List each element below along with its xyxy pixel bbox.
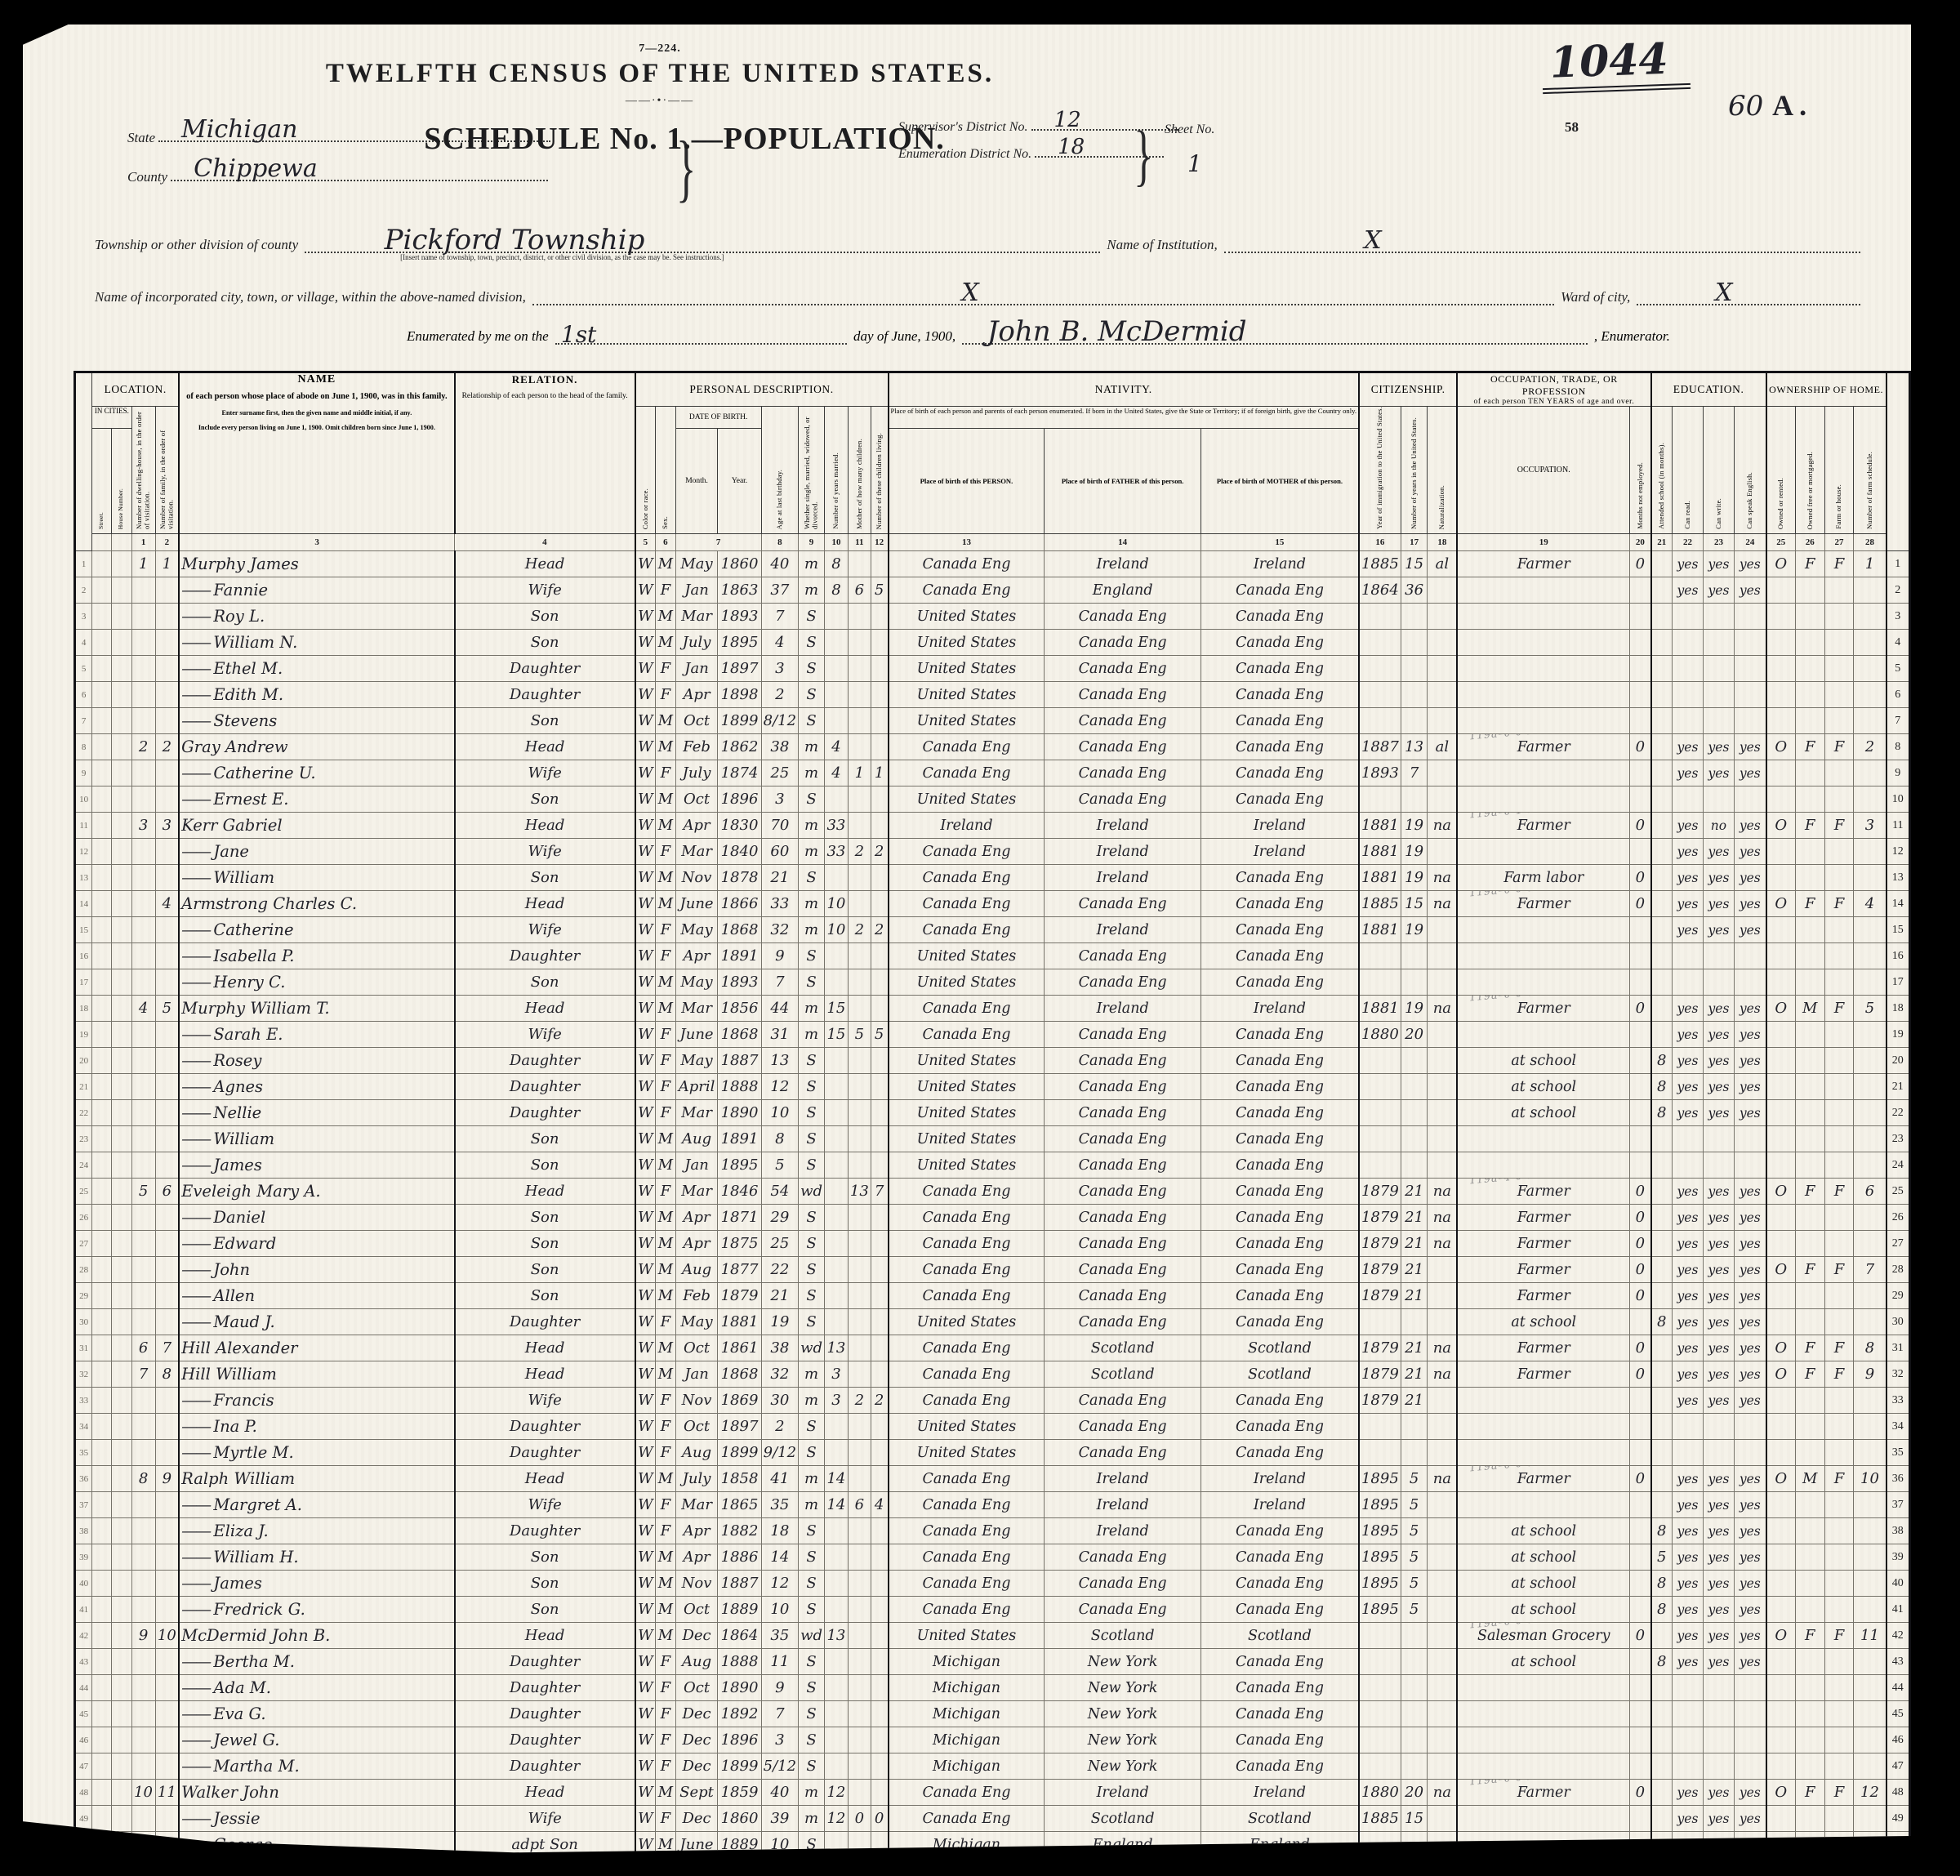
cell-farm-house xyxy=(1824,1571,1854,1597)
cell-immigration-year: 1895 xyxy=(1359,1597,1401,1623)
cell-children-living xyxy=(871,865,888,891)
cell-can-write: yes xyxy=(1703,734,1734,760)
cell-years-in-us: 19 xyxy=(1401,917,1428,943)
cell-mother-birthplace: Scotland xyxy=(1200,1335,1359,1361)
group-name: NAME of each person whose place of abode… xyxy=(179,372,454,534)
cell-birth-year: 1862 xyxy=(718,734,761,760)
column-header-attended-school: Attended school (in months). xyxy=(1651,407,1673,534)
cell-immigration-year: 1881 xyxy=(1359,865,1401,891)
table-row: 50—— Georgeadpt SonWMJune188910SMichigan… xyxy=(75,1832,1910,1859)
cell-can-read: yes xyxy=(1672,1231,1703,1257)
cell-farm-house xyxy=(1824,577,1854,604)
cell-house-number xyxy=(111,1597,131,1623)
cell-free-mortgaged xyxy=(1795,839,1824,865)
cell-farm-house xyxy=(1824,865,1854,891)
cell-mother-birthplace: Canada Eng xyxy=(1200,943,1359,969)
cell-father-birthplace: Ireland xyxy=(1045,996,1200,1022)
ditto-dash: —— xyxy=(181,1522,213,1540)
cell-occupation: 119a–4-0-1Farmer xyxy=(1457,1179,1629,1205)
cell-sex: F xyxy=(656,1649,676,1675)
line-number-right: 1 xyxy=(1886,551,1910,577)
cell-occupation: Farmer xyxy=(1457,1361,1629,1388)
cell-birth-month: Oct xyxy=(675,1335,718,1361)
cell-months-not-employed: 0 xyxy=(1630,865,1651,891)
ditto-dash: —— xyxy=(181,1574,213,1593)
cell-color-race: W xyxy=(635,1414,656,1440)
line-number-left: 25 xyxy=(75,1179,92,1205)
cell-years-married xyxy=(825,604,849,630)
stamp-a: A . xyxy=(1772,89,1806,122)
cell-mother-of-children xyxy=(848,786,871,813)
cell-can-write xyxy=(1703,1675,1734,1701)
cell-street xyxy=(92,1675,111,1701)
cell-farm-house xyxy=(1824,839,1854,865)
cell-color-race: W xyxy=(635,1335,656,1361)
cell-can-write: yes xyxy=(1703,1649,1734,1675)
cell-marital-status: m xyxy=(799,839,825,865)
cell-years-married: 3 xyxy=(825,1388,849,1414)
cell-attended-school xyxy=(1651,996,1673,1022)
relation-desc: Relationship of each person to the head … xyxy=(462,391,628,401)
cell-birth-month: Jan xyxy=(675,1361,718,1388)
cell-free-mortgaged xyxy=(1795,1675,1824,1701)
cell-can-read: yes xyxy=(1672,1309,1703,1335)
cell-name: —— Catherine xyxy=(179,917,454,943)
cell-father-birthplace: Canada Eng xyxy=(1045,943,1200,969)
cell-owned-rented xyxy=(1766,1544,1796,1571)
cell-children-living xyxy=(871,1361,888,1388)
cell-can-write: yes xyxy=(1703,1309,1734,1335)
cell-years-in-us xyxy=(1401,682,1428,708)
cell-attended-school: 8 xyxy=(1651,1074,1673,1100)
cell-birth-year: 1863 xyxy=(718,577,761,604)
cell-father-birthplace: Canada Eng xyxy=(1045,1283,1200,1309)
cell-birth-month: Nov xyxy=(675,865,718,891)
cell-marital-status: m xyxy=(799,1388,825,1414)
cell-owned-rented xyxy=(1766,1205,1796,1231)
stamp-page-number: 60 A . xyxy=(1728,88,1806,123)
cell-name: —— Margret A. xyxy=(179,1492,454,1518)
cell-farm-house xyxy=(1824,1231,1854,1257)
cell-birthplace: Canada Eng xyxy=(889,891,1045,917)
cell-farm-schedule xyxy=(1854,682,1886,708)
cell-age: 10 xyxy=(761,1100,798,1126)
ditto-dash: —— xyxy=(181,1391,213,1410)
cell-can-speak-english: yes xyxy=(1734,1649,1766,1675)
cell-street xyxy=(92,1649,111,1675)
cell-family-number xyxy=(155,682,179,708)
line-number-right: 37 xyxy=(1886,1492,1910,1518)
cell-immigration-year: 1895 xyxy=(1359,1492,1401,1518)
cell-months-not-employed: 0 xyxy=(1630,551,1651,577)
cell-house-number xyxy=(111,1414,131,1440)
cell-birthplace: United States xyxy=(889,656,1045,682)
cell-name: Eveleigh Mary A. xyxy=(179,1179,454,1205)
cell-age: 11 xyxy=(761,1649,798,1675)
cell-can-write: yes xyxy=(1703,1257,1734,1283)
cell-farm-house xyxy=(1824,604,1854,630)
cell-mother-of-children xyxy=(848,1257,871,1283)
cell-relation: Son xyxy=(455,708,635,734)
cell-mother-of-children xyxy=(848,1571,871,1597)
cell-attended-school xyxy=(1651,865,1673,891)
cell-birthplace: Michigan xyxy=(889,1649,1045,1675)
cell-birth-year: 1864 xyxy=(718,1623,761,1649)
cell-family-number: 7 xyxy=(155,1335,179,1361)
cell-years-in-us xyxy=(1401,1100,1428,1126)
cell-mother-of-children xyxy=(848,969,871,996)
cell-naturalization xyxy=(1428,1152,1457,1179)
cell-name: —— William N. xyxy=(179,630,454,656)
cell-age: 44 xyxy=(761,996,798,1022)
cell-children-living xyxy=(871,1649,888,1675)
cell-months-not-employed xyxy=(1630,1701,1651,1727)
cell-color-race: W xyxy=(635,1623,656,1649)
cell-can-write: yes xyxy=(1703,1179,1734,1205)
cell-relation: Daughter xyxy=(455,682,635,708)
cell-owned-rented: O xyxy=(1766,1257,1796,1283)
ditto-dash: —— xyxy=(181,1130,213,1148)
cell-birth-year: 1875 xyxy=(718,1231,761,1257)
cell-sex: F xyxy=(656,1048,676,1074)
table-row: 10—— Ernest E.SonWMOct18963SUnited State… xyxy=(75,786,1910,813)
table-row: 3—— Roy L.SonWMMar18937SUnited StatesCan… xyxy=(75,604,1910,630)
cell-family-number: 6 xyxy=(155,1179,179,1205)
cell-relation: Daughter xyxy=(455,1701,635,1727)
cell-years-married xyxy=(825,656,849,682)
cell-house-number xyxy=(111,865,131,891)
line-number-right: 29 xyxy=(1886,1283,1910,1309)
cell-farm-schedule xyxy=(1854,1832,1886,1859)
ward-label: Ward of city, xyxy=(1561,289,1630,305)
cell-marital-status: m xyxy=(799,1806,825,1832)
cell-occupation: at school xyxy=(1457,1074,1629,1100)
cell-years-married xyxy=(825,1440,849,1466)
cell-sex: M xyxy=(656,604,676,630)
cell-free-mortgaged xyxy=(1795,1048,1824,1074)
line-number-left: 29 xyxy=(75,1283,92,1309)
cell-age: 32 xyxy=(761,1361,798,1388)
cell-farm-house: F xyxy=(1824,734,1854,760)
cell-free-mortgaged xyxy=(1795,577,1824,604)
cell-family-number: 4 xyxy=(155,891,179,917)
table-row: 22—— NellieDaughterWFMar189010SUnited St… xyxy=(75,1100,1910,1126)
cell-attended-school xyxy=(1651,917,1673,943)
cell-immigration-year xyxy=(1359,1701,1401,1727)
cell-children-living xyxy=(871,1100,888,1126)
cell-age: 32 xyxy=(761,917,798,943)
cell-can-read xyxy=(1672,1414,1703,1440)
cell-color-race: W xyxy=(635,1205,656,1231)
cell-marital-status: m xyxy=(799,1022,825,1048)
cell-street xyxy=(92,1283,111,1309)
cell-can-write: yes xyxy=(1703,1074,1734,1100)
cell-farm-house xyxy=(1824,1022,1854,1048)
ditto-dash: —— xyxy=(181,1600,213,1619)
cell-family-number: 3 xyxy=(155,813,179,839)
cell-mother-birthplace: Canada Eng xyxy=(1200,577,1359,604)
cell-occupation: at school xyxy=(1457,1048,1629,1074)
cell-can-write: yes xyxy=(1703,1388,1734,1414)
cell-can-write: yes xyxy=(1703,1231,1734,1257)
cell-children-living xyxy=(871,1727,888,1753)
cell-street xyxy=(92,1492,111,1518)
cell-can-speak-english: yes xyxy=(1734,734,1766,760)
cell-dwelling-number xyxy=(131,630,155,656)
line-number-left: 34 xyxy=(75,1414,92,1440)
cell-can-speak-english: yes xyxy=(1734,1335,1766,1361)
cell-birth-year: 1898 xyxy=(718,682,761,708)
cell-farm-schedule: 11 xyxy=(1854,1623,1886,1649)
cell-farm-house xyxy=(1824,1649,1854,1675)
cell-attended-school xyxy=(1651,1388,1673,1414)
cell-naturalization xyxy=(1428,1832,1457,1859)
line-number-right: 2 xyxy=(1886,577,1910,604)
line-number-right: 31 xyxy=(1886,1335,1910,1361)
cell-years-married xyxy=(825,1179,849,1205)
cell-mother-of-children xyxy=(848,1335,871,1361)
cell-owned-rented: O xyxy=(1766,1335,1796,1361)
cell-sex: M xyxy=(656,1126,676,1152)
cell-naturalization xyxy=(1428,786,1457,813)
cell-family-number xyxy=(155,839,179,865)
cell-name: —— Eva G. xyxy=(179,1701,454,1727)
cell-farm-house xyxy=(1824,1048,1854,1074)
table-row: 26—— DanielSonWMApr187129SCanada EngCana… xyxy=(75,1205,1910,1231)
cell-father-birthplace: Canada Eng xyxy=(1045,656,1200,682)
cell-immigration-year xyxy=(1359,1832,1401,1859)
cell-mother-of-children xyxy=(848,1048,871,1074)
cell-age: 38 xyxy=(761,734,798,760)
table-row: 3167Hill AlexanderHeadWMOct186138wd13Can… xyxy=(75,1335,1910,1361)
cell-relation: Son xyxy=(455,1205,635,1231)
cell-farm-schedule xyxy=(1854,708,1886,734)
cell-birth-year: 1860 xyxy=(718,1806,761,1832)
cell-house-number xyxy=(111,734,131,760)
line-number-left: 35 xyxy=(75,1440,92,1466)
cell-relation: Wife xyxy=(455,1806,635,1832)
cell-birthplace: United States xyxy=(889,708,1045,734)
cell-birth-month: Dec xyxy=(675,1701,718,1727)
cell-farm-schedule: 5 xyxy=(1854,996,1886,1022)
cell-immigration-year: 1887 xyxy=(1359,734,1401,760)
enumerator-suffix: , Enumerator. xyxy=(1594,328,1670,345)
cell-family-number: 1 xyxy=(155,551,179,577)
cell-marital-status: wd xyxy=(799,1179,825,1205)
cell-street xyxy=(92,656,111,682)
cell-relation: Daughter xyxy=(455,1727,635,1753)
cell-occupation: Farmer xyxy=(1457,1231,1629,1257)
cell-immigration-year xyxy=(1359,1152,1401,1179)
cell-can-write xyxy=(1703,943,1734,969)
table-row: 42910McDermid John B.HeadWMDec186435wd13… xyxy=(75,1623,1910,1649)
cell-farm-schedule xyxy=(1854,1806,1886,1832)
line-number-right: 41 xyxy=(1886,1597,1910,1623)
cell-years-in-us xyxy=(1401,708,1428,734)
cell-attended-school: 8 xyxy=(1651,1100,1673,1126)
cell-dwelling-number: 8 xyxy=(131,1466,155,1492)
cell-months-not-employed xyxy=(1630,1544,1651,1571)
cell-can-write: yes xyxy=(1703,865,1734,891)
cell-name: —— Myrtle M. xyxy=(179,1440,454,1466)
cell-mother-of-children: 1 xyxy=(848,760,871,786)
cell-relation: Son xyxy=(455,1152,635,1179)
cell-can-read: yes xyxy=(1672,1257,1703,1283)
cell-street xyxy=(92,839,111,865)
line-number-right: 5 xyxy=(1886,656,1910,682)
cell-mother-birthplace: Ireland xyxy=(1200,1466,1359,1492)
cell-mother-birthplace: Canada Eng xyxy=(1200,760,1359,786)
column-header-birthplace-mother: Place of birth of MOTHER of this person. xyxy=(1200,429,1359,534)
cell-relation: Son xyxy=(455,786,635,813)
cell-color-race: W xyxy=(635,917,656,943)
cell-street xyxy=(92,1780,111,1806)
cell-marital-status: S xyxy=(799,786,825,813)
ditto-dash: —— xyxy=(181,1051,213,1070)
line-number-right: 48 xyxy=(1886,1780,1910,1806)
cell-farm-schedule xyxy=(1854,1283,1886,1309)
cell-children-living xyxy=(871,682,888,708)
cell-years-married: 10 xyxy=(825,917,849,943)
cell-birth-year: 1868 xyxy=(718,1022,761,1048)
cell-naturalization: na xyxy=(1428,1335,1457,1361)
cell-owned-rented xyxy=(1766,1727,1796,1753)
cell-birth-month: Oct xyxy=(675,1414,718,1440)
cell-name: —— Edith M. xyxy=(179,682,454,708)
cell-owned-rented xyxy=(1766,577,1796,604)
cell-mother-birthplace: Scotland xyxy=(1200,1806,1359,1832)
cell-months-not-employed xyxy=(1630,1414,1651,1440)
cell-occupation: Farmer xyxy=(1457,1335,1629,1361)
cell-farm-schedule xyxy=(1854,1571,1886,1597)
cell-father-birthplace: Ireland xyxy=(1045,1466,1200,1492)
cell-marital-status: S xyxy=(799,1753,825,1780)
cell-can-write: yes xyxy=(1703,1283,1734,1309)
cell-sex: M xyxy=(656,1205,676,1231)
cell-house-number xyxy=(111,630,131,656)
cell-house-number xyxy=(111,760,131,786)
cell-can-read: yes xyxy=(1672,1649,1703,1675)
cell-relation: Daughter xyxy=(455,656,635,682)
cell-attended-school xyxy=(1651,1335,1673,1361)
cell-dwelling-number: 7 xyxy=(131,1361,155,1388)
cell-occupation xyxy=(1457,1022,1629,1048)
cell-house-number xyxy=(111,1074,131,1100)
cell-farm-schedule xyxy=(1854,1309,1886,1335)
cell-marital-status: S xyxy=(799,1100,825,1126)
cell-house-number xyxy=(111,839,131,865)
cell-dwelling-number xyxy=(131,1048,155,1074)
cell-birthplace: United States xyxy=(889,943,1045,969)
cell-color-race: W xyxy=(635,1832,656,1859)
line-number-left: 1 xyxy=(75,551,92,577)
cell-color-race: W xyxy=(635,1544,656,1571)
cell-occupation: at school xyxy=(1457,1544,1629,1571)
cell-family-number xyxy=(155,708,179,734)
cell-owned-rented xyxy=(1766,656,1796,682)
cell-name: —— Fredrick G. xyxy=(179,1597,454,1623)
cell-mother-of-children: 2 xyxy=(848,917,871,943)
line-number-right: 42 xyxy=(1886,1623,1910,1649)
cell-birthplace: United States xyxy=(889,1126,1045,1152)
cell-naturalization: na xyxy=(1428,865,1457,891)
cell-mother-birthplace: Ireland xyxy=(1200,839,1359,865)
occupation-code-note: 119a–0-0-2 xyxy=(1469,734,1535,742)
cell-house-number xyxy=(111,604,131,630)
cell-naturalization xyxy=(1428,1518,1457,1544)
cell-birth-month: Mar xyxy=(675,996,718,1022)
cell-relation: Daughter xyxy=(455,1440,635,1466)
cell-name: —— Henry C. xyxy=(179,969,454,996)
cell-naturalization: na xyxy=(1428,813,1457,839)
column-header-years-married: Number of years married. xyxy=(825,407,849,534)
cell-free-mortgaged xyxy=(1795,1100,1824,1126)
cell-years-in-us xyxy=(1401,1753,1428,1780)
cell-years-in-us xyxy=(1401,1152,1428,1179)
ditto-dash: —— xyxy=(181,659,213,678)
cell-can-read: yes xyxy=(1672,917,1703,943)
cell-years-married xyxy=(825,943,849,969)
cell-months-not-employed xyxy=(1630,1440,1651,1466)
population-schedule-table: LOCATION. NAME of each person whose plac… xyxy=(73,371,1911,1860)
cell-children-living xyxy=(871,734,888,760)
cell-street xyxy=(92,1388,111,1414)
cell-street xyxy=(92,1361,111,1388)
cell-can-read xyxy=(1672,1126,1703,1152)
cell-can-speak-english: yes xyxy=(1734,1623,1766,1649)
cell-mother-of-children xyxy=(848,1753,871,1780)
cell-occupation xyxy=(1457,1753,1629,1780)
cell-owned-rented xyxy=(1766,1518,1796,1544)
cell-can-read: yes xyxy=(1672,1544,1703,1571)
line-number-right: 44 xyxy=(1886,1675,1910,1701)
cell-free-mortgaged xyxy=(1795,1022,1824,1048)
cell-occupation xyxy=(1457,1414,1629,1440)
cell-immigration-year xyxy=(1359,1675,1401,1701)
cell-farm-schedule: 10 xyxy=(1854,1466,1886,1492)
cell-occupation xyxy=(1457,760,1629,786)
cell-immigration-year: 1879 xyxy=(1359,1205,1401,1231)
cell-months-not-employed xyxy=(1630,1518,1651,1544)
cell-mother-birthplace: Canada Eng xyxy=(1200,1388,1359,1414)
cell-can-read: yes xyxy=(1672,1361,1703,1388)
table-row: 49—— JessieWifeWFDec186039m1200Canada En… xyxy=(75,1806,1910,1832)
cell-months-not-employed: 0 xyxy=(1630,996,1651,1022)
cell-sex: M xyxy=(656,1283,676,1309)
ditto-dash: —— xyxy=(181,1678,213,1697)
township-label: Township or other division of county xyxy=(95,237,298,253)
cell-birthplace: Michigan xyxy=(889,1832,1045,1859)
cell-mother-birthplace: Canada Eng xyxy=(1200,891,1359,917)
cell-mother-of-children xyxy=(848,682,871,708)
cell-attended-school xyxy=(1651,891,1673,917)
cell-immigration-year: 1881 xyxy=(1359,996,1401,1022)
cell-birth-month: Jan xyxy=(675,1152,718,1179)
cell-sex: M xyxy=(656,1597,676,1623)
cell-children-living xyxy=(871,1414,888,1440)
cell-children-living xyxy=(871,1597,888,1623)
cell-father-birthplace: Canada Eng xyxy=(1045,1074,1200,1100)
cell-farm-house xyxy=(1824,1440,1854,1466)
cell-family-number xyxy=(155,1100,179,1126)
cell-house-number xyxy=(111,1780,131,1806)
cell-owned-rented xyxy=(1766,1283,1796,1309)
cell-marital-status: S xyxy=(799,1675,825,1701)
cell-birth-month: Oct xyxy=(675,786,718,813)
cell-street xyxy=(92,734,111,760)
cell-can-write xyxy=(1703,656,1734,682)
cell-occupation xyxy=(1457,1388,1629,1414)
